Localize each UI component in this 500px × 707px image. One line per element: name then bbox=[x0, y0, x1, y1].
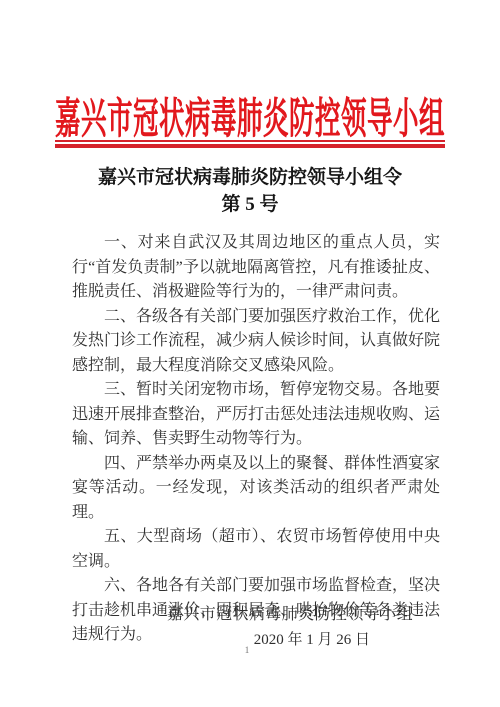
document-page: 嘉兴市冠状病毒肺炎防控领导小组 嘉兴市冠状病毒肺炎防控领导小组令 第 5 号 一… bbox=[0, 0, 500, 707]
signature-issuer: 嘉兴市冠状病毒肺炎防控领导小组 bbox=[0, 601, 413, 624]
masthead-title: 嘉兴市冠状病毒肺炎防控领导小组 bbox=[55, 86, 445, 146]
body-paragraph-1: 一、对来自武汉及其周边地区的重点人员，实行“首发负责制”予以就地隔离管控，凡有推… bbox=[72, 231, 440, 305]
document-title-block: 嘉兴市冠状病毒肺炎防控领导小组令 第 5 号 bbox=[0, 164, 500, 218]
body-paragraph-5: 五、大型商场（超市）、农贸市场暂停使用中央空调。 bbox=[72, 525, 440, 574]
masthead-divider-rule bbox=[55, 140, 445, 148]
document-title: 嘉兴市冠状病毒肺炎防控领导小组令 bbox=[0, 164, 500, 191]
body-paragraph-2: 二、各级各有关部门要加强医疗救治工作，优化发热门诊工作流程，减少病人候诊时间，认… bbox=[72, 305, 440, 379]
body-paragraph-3: 三、暂时关闭宠物市场，暂停宠物交易。各地要迅速开展排查整治，严厉打击惩处违法违规… bbox=[72, 378, 440, 452]
divider-thick-line bbox=[55, 144, 445, 148]
document-masthead: 嘉兴市冠状病毒肺炎防控领导小组 bbox=[0, 86, 500, 134]
page-number: 1 bbox=[0, 645, 494, 655]
body-paragraph-4: 四、严禁举办两桌及以上的聚餐、群体性酒宴家宴等活动。一经发现，对该类活动的组织者… bbox=[72, 452, 440, 526]
document-number: 第 5 号 bbox=[0, 191, 500, 218]
document-body: 一、对来自武汉及其周边地区的重点人员，实行“首发负责制”予以就地隔离管控，凡有推… bbox=[72, 231, 440, 648]
